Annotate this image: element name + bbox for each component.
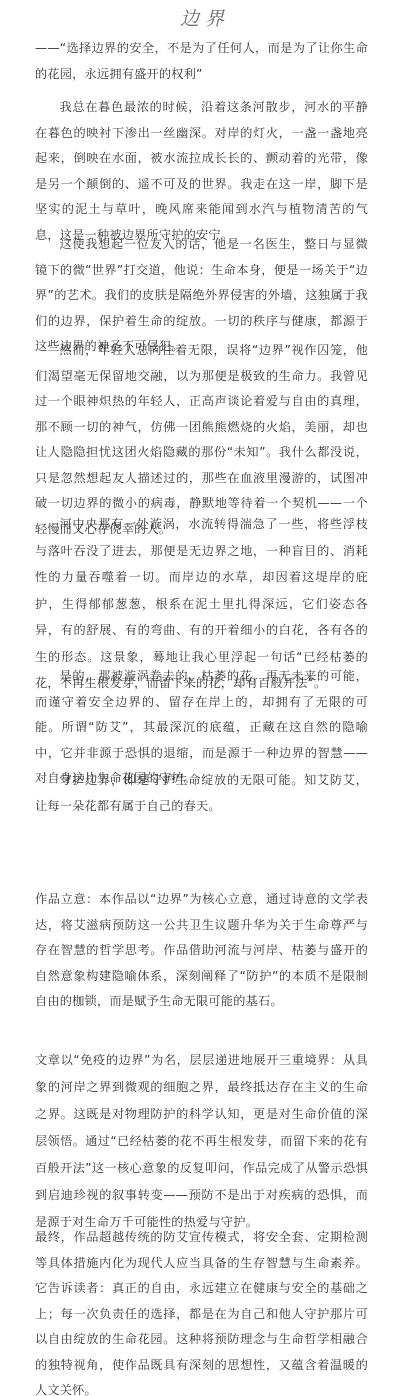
epigraph: ——“选择边界的安全，不是为了任何人，而是为了让你生命的花园，永远拥有盛开的权利… [35, 36, 368, 87]
note-concept: 作品立意：本作品以“边界”为核心立意，通过诗意的文学表达，将艾滋病预防这一公共卫… [35, 887, 368, 1015]
document-page: 边界 ——“选择边界的安全，不是为了任何人，而是为了让你生命的花园，永远拥有盛开… [0, 0, 410, 1396]
note-structure: 文章以“免疫的边界”为名，层层递进地展开三重境界：从具象的河岸之界到微观的细胞之… [35, 1047, 368, 1236]
paragraph-conclusion: 守护边界，即是守护生命绽放的无限可能。知艾防艾，让每一朵花都有属于自己的春天。 [35, 768, 368, 819]
document-title: 边界 [0, 7, 410, 31]
note-final: 最终，作品超越传统的防艾宣传模式，将安全套、定期检测等具体措施内化为现代人应当具… [35, 1225, 368, 1396]
paragraph-river-walk: 我总在暮色最浓的时候，沿着这条河散步，河水的平静在暮色的映衬下渗出一丝幽深。对岸… [35, 95, 368, 248]
